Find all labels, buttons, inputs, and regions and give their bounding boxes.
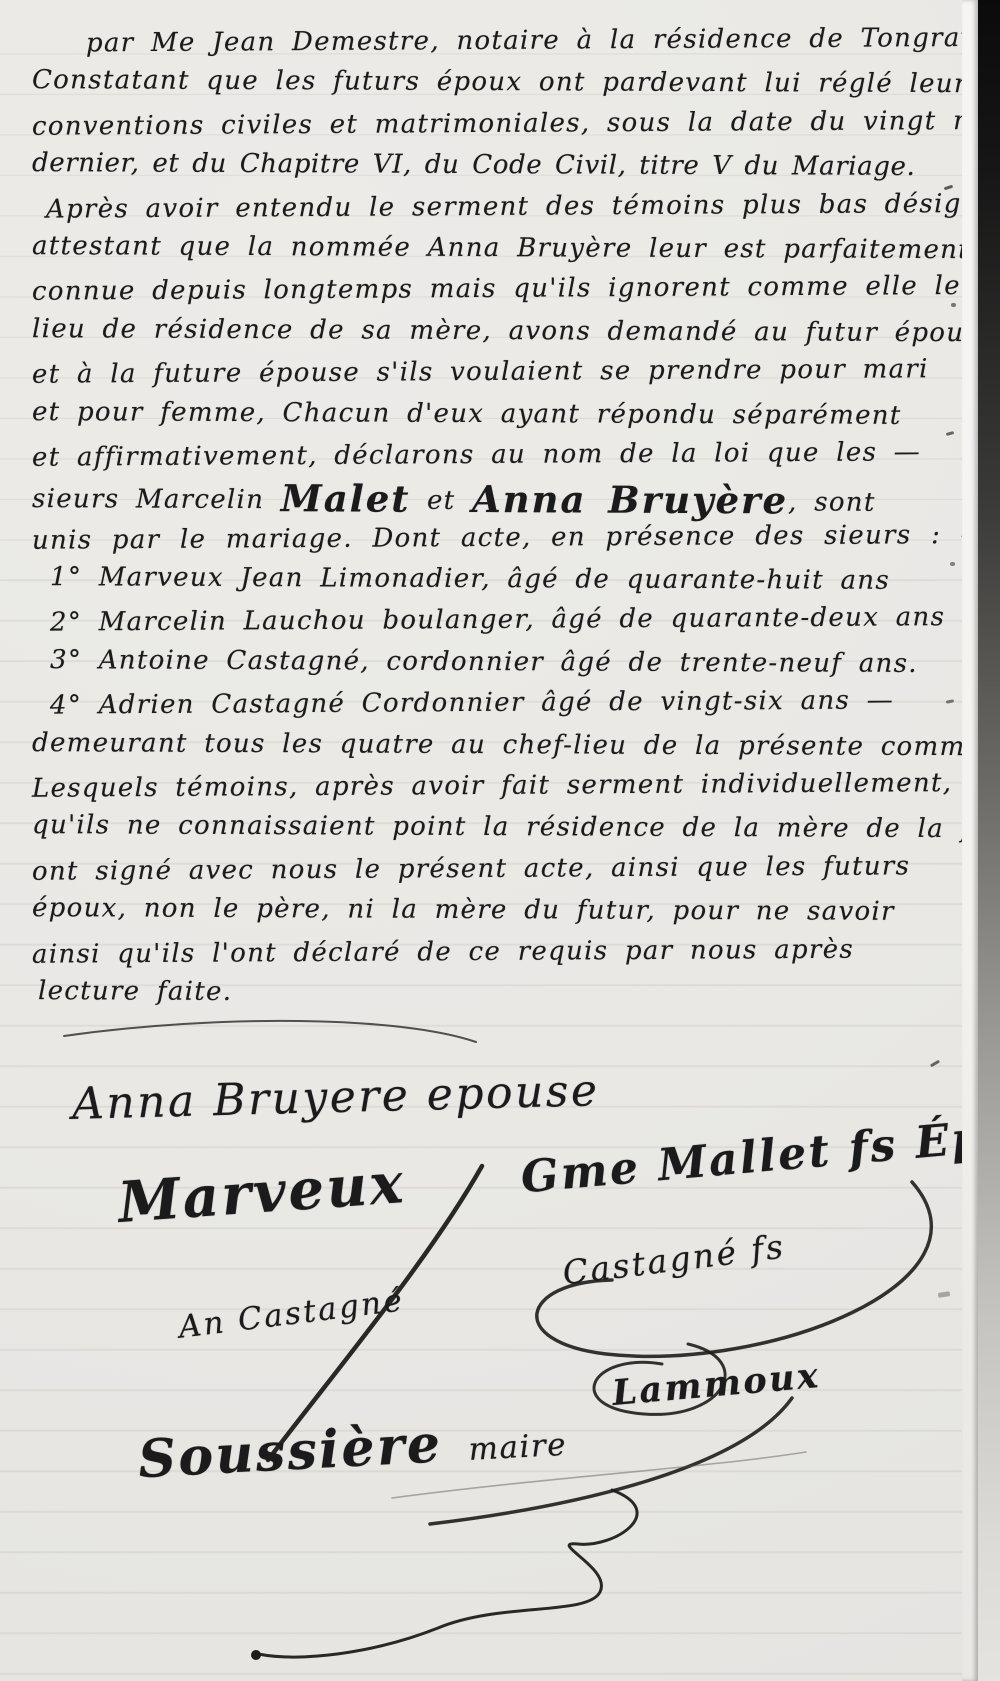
flourish-ink-dot bbox=[251, 1650, 261, 1660]
signature-marveux: Marveux bbox=[116, 1150, 407, 1236]
ink-speck bbox=[950, 562, 955, 566]
bride-name-emphasized: Anna Bruyère bbox=[472, 477, 788, 522]
scanned-manuscript-page: par Me Jean Demestre, notaire à la résid… bbox=[0, 0, 1000, 1681]
manuscript-line-witness-2: 2° Marcelin Lauchou boulanger, âgé de qu… bbox=[32, 603, 916, 650]
manuscript-line: lieu de résidence de sa mère, avons dema… bbox=[32, 314, 916, 359]
union-line-post: , sont bbox=[788, 488, 876, 518]
manuscript-line: Après avoir entendu le serment des témoi… bbox=[32, 189, 916, 236]
manuscript-line: dernier, et du Chapitre VI, du Code Civi… bbox=[32, 148, 916, 193]
ink-speck bbox=[946, 431, 955, 436]
union-line-mid: et bbox=[410, 486, 472, 516]
binding-edge-strip bbox=[978, 0, 1000, 1681]
manuscript-line: et pour femme, Chacun d'eux ayant répond… bbox=[32, 397, 916, 442]
manuscript-line: conventions civiles et matrimoniales, so… bbox=[32, 106, 916, 153]
manuscript-line: unis par le mariage. Dont acte, en prése… bbox=[32, 520, 916, 567]
manuscript-line-witness-3: 3° Antoine Castagné, cordonnier âgé de t… bbox=[32, 645, 916, 690]
groom-name-emphasized: Malet bbox=[281, 476, 411, 521]
manuscript-line: Constatant que les futurs époux ont pard… bbox=[32, 65, 916, 110]
manuscript-line: ont signé avec nous le présent acte, ain… bbox=[32, 851, 916, 898]
manuscript-line-witness-1: 1° Marveux Jean Limonadier, âgé de quara… bbox=[32, 562, 916, 607]
flourish-bottom-paraphe bbox=[258, 1490, 637, 1657]
manuscript-line: connue depuis longtemps mais qu'ils igno… bbox=[32, 272, 916, 319]
manuscript-line-closing: lecture faite. bbox=[32, 976, 916, 1021]
union-line-pre: sieurs Marcelin bbox=[32, 484, 281, 515]
ink-speck bbox=[946, 699, 954, 704]
manuscript-line: et à la future épouse s'ils voulaient se… bbox=[32, 354, 916, 401]
ink-speck bbox=[951, 303, 956, 307]
manuscript-text-block: par Me Jean Demestre, notaire à la résid… bbox=[32, 26, 916, 1019]
manuscript-line: demeurant tous les quatre au chef-lieu d… bbox=[32, 728, 916, 773]
page-edge-gap bbox=[962, 0, 978, 1681]
manuscript-line: époux, non le père, ni la mère du futur,… bbox=[32, 893, 916, 938]
manuscript-line-union-declaration: sieurs Marcelin Malet et Anna Bruyère, s… bbox=[32, 479, 916, 524]
signature-mayor: Soussièremaire bbox=[137, 1407, 568, 1490]
ink-speck bbox=[938, 1291, 951, 1298]
manuscript-line: Lesquels témoins, après avoir fait serme… bbox=[32, 768, 916, 815]
manuscript-line: ainsi qu'ils l'ont déclaré de ce requis … bbox=[32, 934, 916, 981]
flourish-lecture-underline bbox=[64, 1021, 476, 1042]
signature-castagne-fils: Castagné fs bbox=[560, 1227, 787, 1293]
mayor-name: Soussière bbox=[137, 1413, 444, 1490]
signature-a-castagne: An Castagné bbox=[177, 1282, 407, 1345]
manuscript-line: qu'ils ne connaissaient point la résiden… bbox=[32, 810, 916, 855]
ink-speck bbox=[930, 1060, 940, 1068]
mayor-title: maire bbox=[468, 1427, 568, 1468]
signature-lammoux: Lammoux bbox=[611, 1355, 822, 1414]
manuscript-line: par Me Jean Demestre, notaire à la résid… bbox=[32, 23, 916, 70]
signature-mallet-epoux: Gme Mallet fs Époux bbox=[519, 1104, 1000, 1204]
manuscript-line-witness-4: 4° Adrien Castagné Cordonnier âgé de vin… bbox=[32, 686, 916, 733]
signature-anna-bruyere: Anna Bruyere epouse bbox=[71, 1065, 600, 1130]
manuscript-line: attestant que la nommée Anna Bruyère leu… bbox=[32, 231, 916, 276]
